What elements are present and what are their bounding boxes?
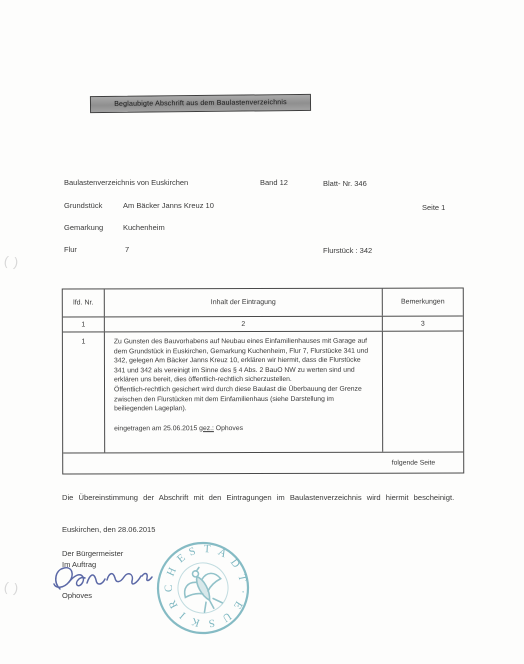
entry-bemerkungen-empty [383, 331, 463, 451]
flur-label: Flur [64, 245, 77, 254]
punch-hole-mark-top: ( ) [3, 253, 20, 270]
registered-prefix: eingetragen am 25.06.2015 [114, 425, 199, 432]
gemarkung-value: Kuchenheim [123, 223, 165, 232]
flurstueck-value: Flurstück : 342 [323, 246, 372, 255]
table-footer-row: folgende Seite [63, 452, 463, 473]
table-header-lfd-nr: lfd. Nr. [63, 289, 105, 316]
certified-copy-banner: Beglaubigte Abschrift aus dem Baulastenv… [90, 94, 311, 113]
punch-hole-mark-bottom: ( ) [3, 579, 20, 596]
signatory-name: Ophoves [62, 591, 92, 601]
place-date: Euskirchen, den 28.06.2015 [62, 525, 155, 535]
baulasten-table: lfd. Nr. Inhalt der Eintragung Bemerkung… [62, 287, 464, 474]
column-number-2: 2 [105, 317, 383, 332]
city-seal-stamp: S T A D T · E U S K I R C H E N [147, 532, 259, 644]
certification-text: Die Übereinstimmung der Abschrift mit de… [62, 492, 468, 503]
page-number: Seite 1 [422, 203, 445, 212]
register-title: Baulastenverzeichnis von Euskirchen [64, 178, 188, 187]
grundstueck-label: Grundstück [64, 201, 102, 210]
certified-copy-banner-label: Beglaubigte Abschrift aus dem Baulastenv… [114, 99, 287, 108]
column-number-1: 1 [63, 317, 105, 331]
entry-registered-line: eingetragen am 25.06.2015 gez.: Ophoves [114, 423, 372, 433]
table-header-bemerkungen: Bemerkungen [383, 288, 463, 315]
entry-paragraph-1: Zu Gunsten des Bauvorhabens auf Neubau e… [114, 337, 372, 386]
entry-paragraph-2: Öffentlich-rechtlich gesichert wird durc… [114, 385, 372, 414]
scanned-document-page: ( ) ( ) Beglaubigte Abschrift aus dem Ba… [0, 0, 524, 664]
band-number: Band 12 [260, 178, 288, 187]
table-header-inhalt: Inhalt der Eintragung [105, 289, 383, 317]
table-entry-row: 1 Zu Gunsten des Bauvorhabens auf Neubau… [63, 331, 463, 453]
blatt-number: Blatt- Nr. 346 [323, 179, 367, 188]
grundstueck-value: Am Bäcker Janns Kreuz 10 [123, 201, 214, 210]
table-header-row: lfd. Nr. Inhalt der Eintragung Bemerkung… [63, 288, 463, 317]
following-page-note: folgende Seite [392, 459, 435, 466]
column-number-3: 3 [383, 316, 463, 330]
flur-value: 7 [125, 245, 129, 254]
entry-number: 1 [63, 332, 105, 452]
entry-content: Zu Gunsten des Bauvorhabens auf Neubau e… [105, 332, 383, 453]
gemarkung-label: Gemarkung [64, 223, 103, 232]
table-column-number-row: 1 2 3 [63, 316, 463, 332]
registered-gez: gez.: [199, 425, 214, 432]
registered-name: Ophoves [214, 425, 243, 432]
